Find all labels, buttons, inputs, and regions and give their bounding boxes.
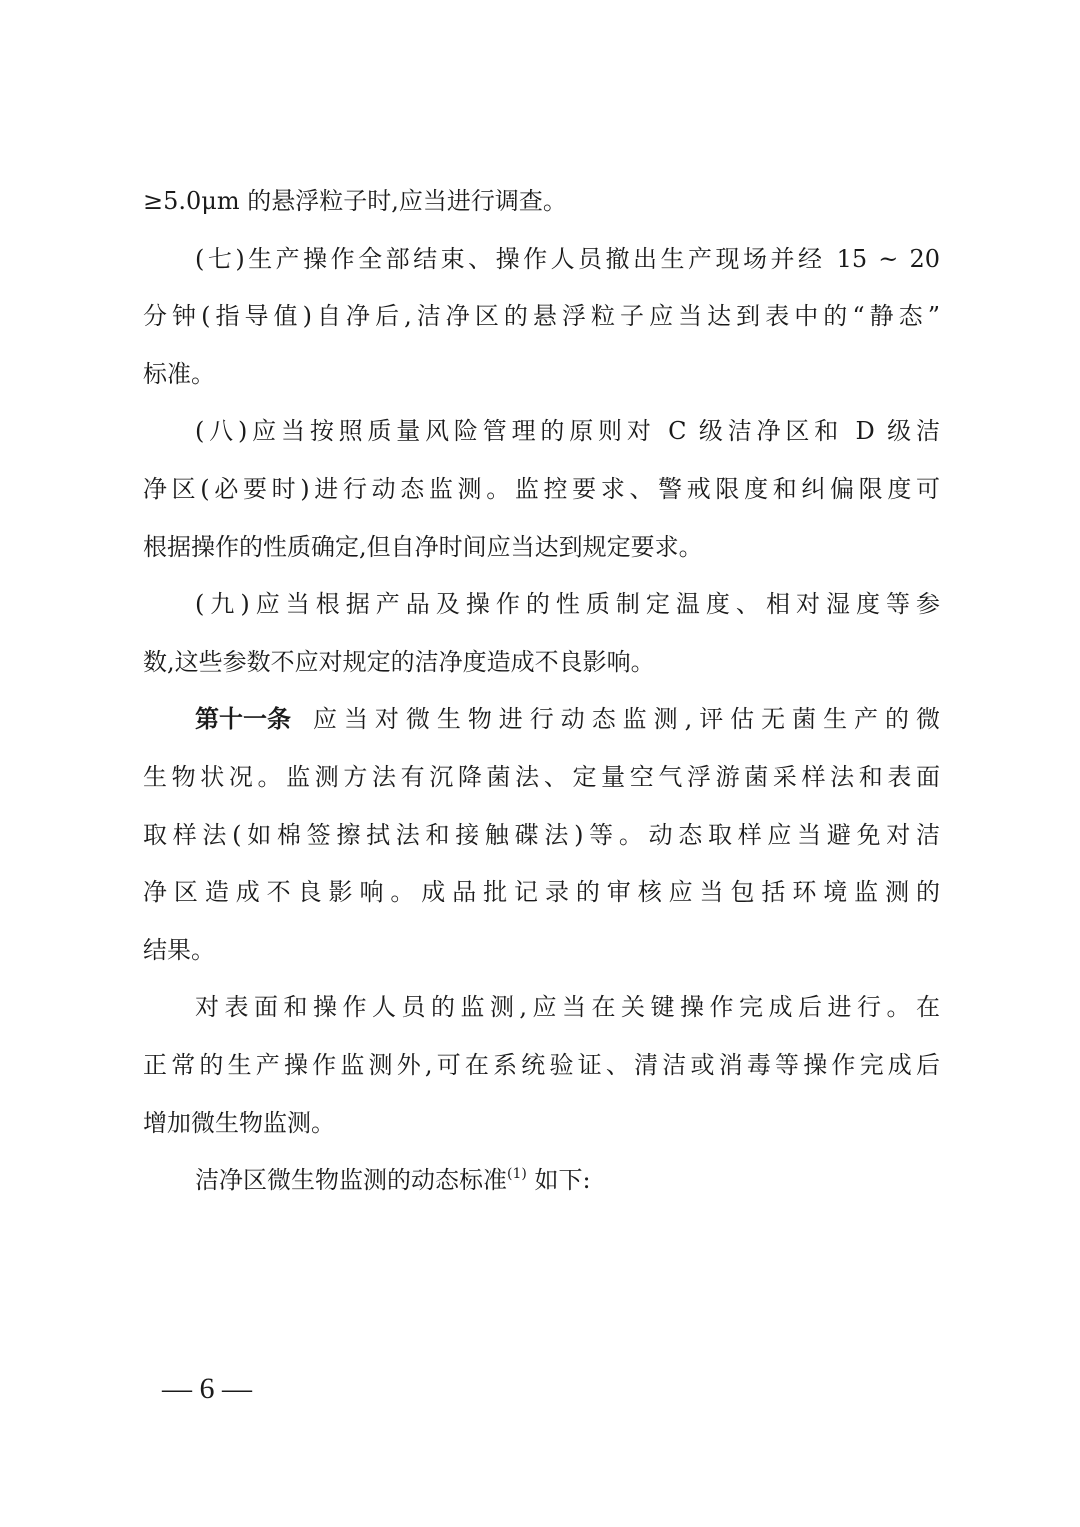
article-first-line: 第十一条 应当对微生物进行动态监测,评估无菌生产的微 [143,691,940,749]
text-line: (九)应当根据产品及操作的性质制定温度、相对湿度等参 [143,576,940,634]
text-line: 结果。 [143,922,940,980]
text-line: 标准。 [143,346,940,404]
text-line: 取样法(如棉签擦拭法和接触碟法)等。动态取样应当避免对洁 [143,807,940,865]
text-line: 增加微生物监测。 [143,1095,940,1153]
footnote-ref: (1) [507,1166,527,1182]
text-line: 根据操作的性质确定,但自净时间应当达到规定要求。 [143,519,940,577]
text-line: 对表面和操作人员的监测,应当在关键操作完成后进行。在 [143,979,940,1037]
document-page: ≥5.0μm 的悬浮粒子时,应当进行调查。 (七)生产操作全部结束、操作人员撤出… [143,173,940,1210]
text-line: 净区造成不良影响。成品批记录的审核应当包括环境监测的 [143,864,940,922]
text-line: 净区(必要时)进行动态监测。监控要求、警戒限度和纠偏限度可 [143,461,940,519]
text-line: 正常的生产操作监测外,可在系统验证、清洁或消毒等操作完成后 [143,1037,940,1095]
text-line: (八)应当按照质量风险管理的原则对 C 级洁净区和 D 级洁 [143,403,940,461]
text-line: 应当对微生物进行动态监测,评估无菌生产的微 [313,691,940,749]
text-line: 分钟(指导值)自净后,洁净区的悬浮粒子应当达到表中的“静态” [143,288,940,346]
text-line: 生物状况。监测方法有沉降菌法、定量空气浮游菌采样法和表面 [143,749,940,807]
table-intro-line: 洁净区微生物监测的动态标准(1) 如下: [143,1152,940,1210]
text-line: (七)生产操作全部结束、操作人员撤出生产现场并经 15 ~ 20 [143,231,940,289]
page-number: — 6 — [162,1372,252,1406]
article-heading: 第十一条 [195,691,291,749]
text-line: ≥5.0μm 的悬浮粒子时,应当进行调查。 [143,173,940,231]
text-span: 如下: [527,1166,591,1194]
text-span: 洁净区微生物监测的动态标准 [195,1166,507,1194]
text-line: 数,这些参数不应对规定的洁净度造成不良影响。 [143,634,940,692]
